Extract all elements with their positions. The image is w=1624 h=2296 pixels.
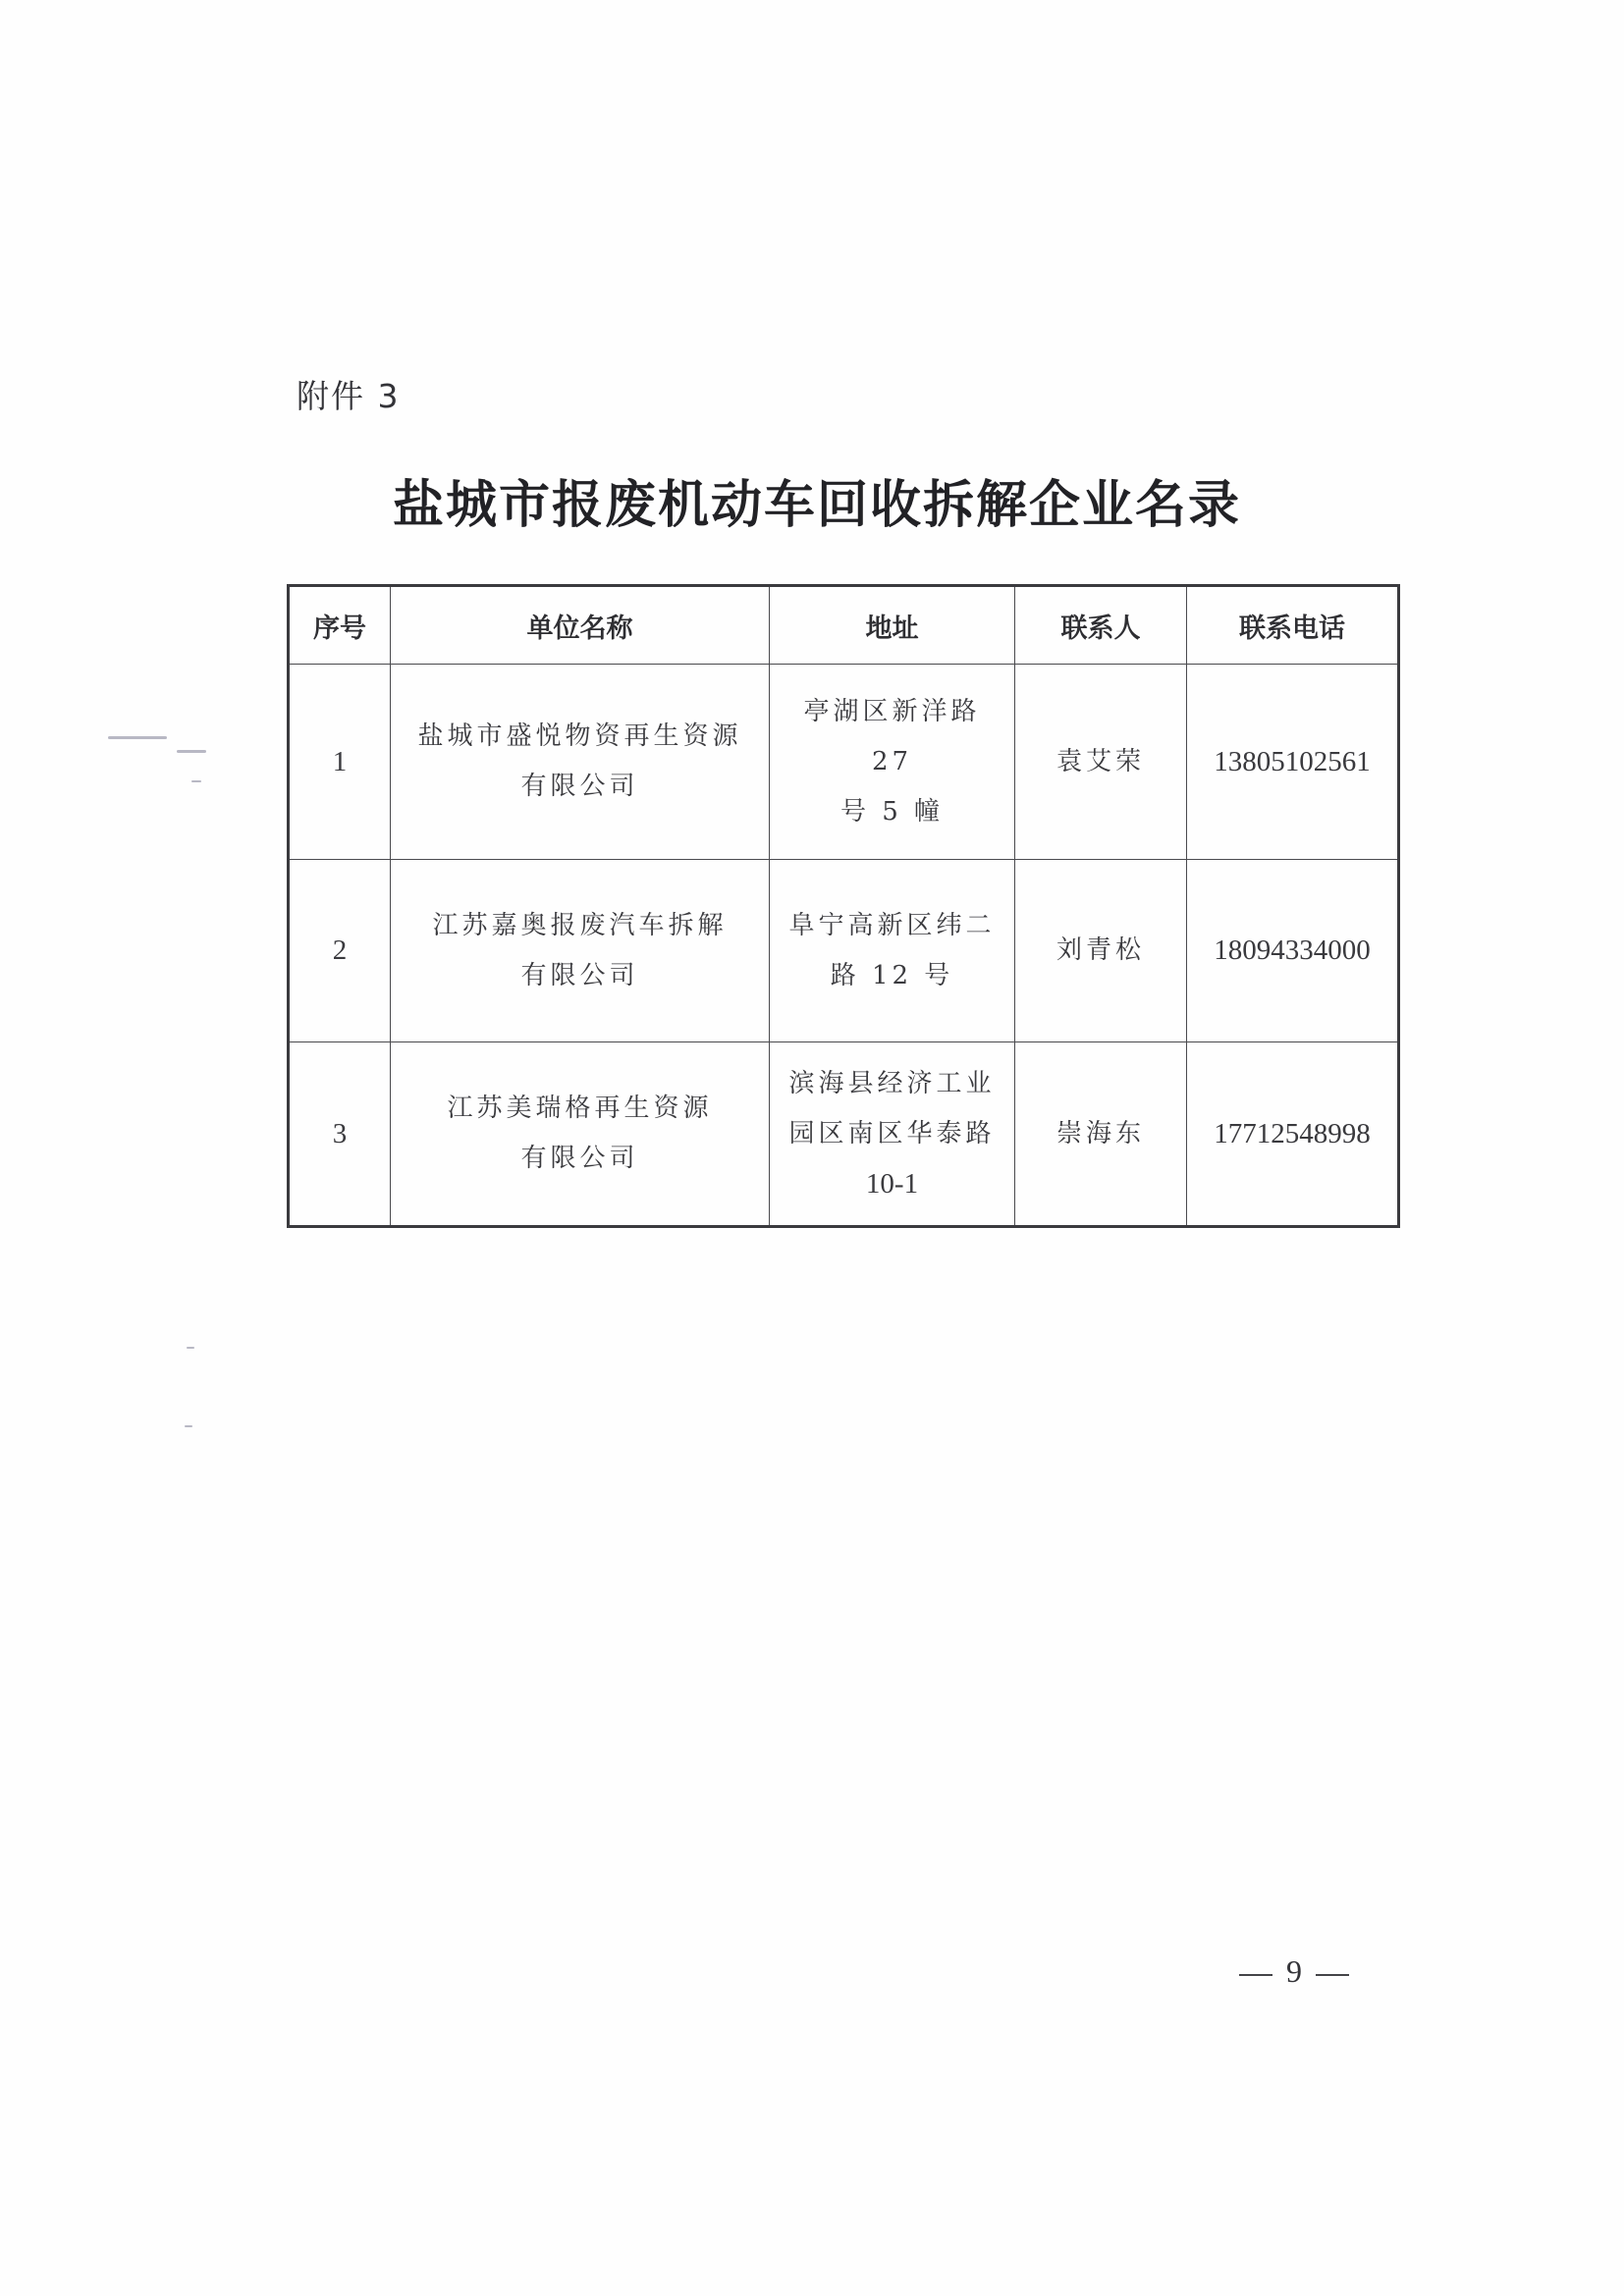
cell-address: 滨海县经济工业 园区南区华泰路 10-1 [770, 1042, 1015, 1227]
address-line: 滨海县经济工业 [780, 1059, 1004, 1109]
enterprise-directory-table-container: 序号 单位名称 地址 联系人 联系电话 1 盐城市盛悦物资再生资源 有限公司 亭… [287, 584, 1400, 1228]
cell-contact-person: 崇海东 [1015, 1042, 1187, 1227]
cell-company-name: 盐城市盛悦物资再生资源 有限公司 [391, 665, 770, 860]
table-row: 1 盐城市盛悦物资再生资源 有限公司 亭湖区新洋路 27 号 5 幢 袁艾荣 1… [289, 665, 1399, 860]
attachment-label: 附件 3 [297, 371, 401, 417]
company-name-line: 盐城市盛悦物资再生资源 [401, 712, 759, 762]
header-phone: 联系电话 [1187, 586, 1399, 665]
cell-address: 亭湖区新洋路 27 号 5 幢 [770, 665, 1015, 860]
header-address: 地址 [770, 586, 1015, 665]
page-dash-right [1316, 1974, 1349, 1976]
table-row: 3 江苏美瑞格再生资源 有限公司 滨海县经济工业 园区南区华泰路 10-1 崇海… [289, 1042, 1399, 1227]
scan-noise-mark [191, 780, 201, 782]
header-seq: 序号 [289, 586, 391, 665]
cell-phone: 18094334000 [1187, 860, 1399, 1042]
scan-noise-mark [177, 750, 206, 753]
cell-contact-person: 袁艾荣 [1015, 665, 1187, 860]
page-dash-left [1239, 1974, 1272, 1976]
address-line: 路 12 号 [780, 951, 1004, 1001]
enterprise-directory-table: 序号 单位名称 地址 联系人 联系电话 1 盐城市盛悦物资再生资源 有限公司 亭… [287, 584, 1400, 1228]
cell-phone: 17712548998 [1187, 1042, 1399, 1227]
company-name-line: 江苏嘉奥报废汽车拆解 [401, 901, 759, 951]
cell-contact-person: 刘青松 [1015, 860, 1187, 1042]
document-page: 附件 3 盐城市报废机动车回收拆解企业名录 序号 单位名称 地址 联系人 联系电… [0, 0, 1624, 2296]
scan-noise-mark [108, 736, 167, 739]
cell-company-name: 江苏美瑞格再生资源 有限公司 [391, 1042, 770, 1227]
cell-company-name: 江苏嘉奥报废汽车拆解 有限公司 [391, 860, 770, 1042]
document-title: 盐城市报废机动车回收拆解企业名录 [0, 463, 1624, 537]
address-line: 10-1 [780, 1159, 1004, 1209]
address-line: 号 5 幢 [780, 787, 1004, 837]
table-header-row: 序号 单位名称 地址 联系人 联系电话 [289, 586, 1399, 665]
cell-seq: 1 [289, 665, 391, 860]
header-contact-person: 联系人 [1015, 586, 1187, 665]
page-number-footer: 9 [1225, 1953, 1363, 1990]
address-line: 园区南区华泰路 [780, 1109, 1004, 1159]
cell-phone: 13805102561 [1187, 665, 1399, 860]
scan-noise-mark [187, 1347, 194, 1349]
page-number: 9 [1286, 1953, 1302, 1989]
table-row: 2 江苏嘉奥报废汽车拆解 有限公司 阜宁高新区纬二 路 12 号 刘青松 180… [289, 860, 1399, 1042]
company-name-line: 有限公司 [401, 1134, 759, 1184]
cell-seq: 3 [289, 1042, 391, 1227]
cell-seq: 2 [289, 860, 391, 1042]
company-name-line: 有限公司 [401, 762, 759, 812]
cell-address: 阜宁高新区纬二 路 12 号 [770, 860, 1015, 1042]
address-line: 阜宁高新区纬二 [780, 901, 1004, 951]
header-company-name: 单位名称 [391, 586, 770, 665]
company-name-line: 有限公司 [401, 951, 759, 1001]
address-line: 亭湖区新洋路 27 [780, 687, 1004, 787]
company-name-line: 江苏美瑞格再生资源 [401, 1084, 759, 1134]
scan-noise-mark [185, 1425, 192, 1427]
